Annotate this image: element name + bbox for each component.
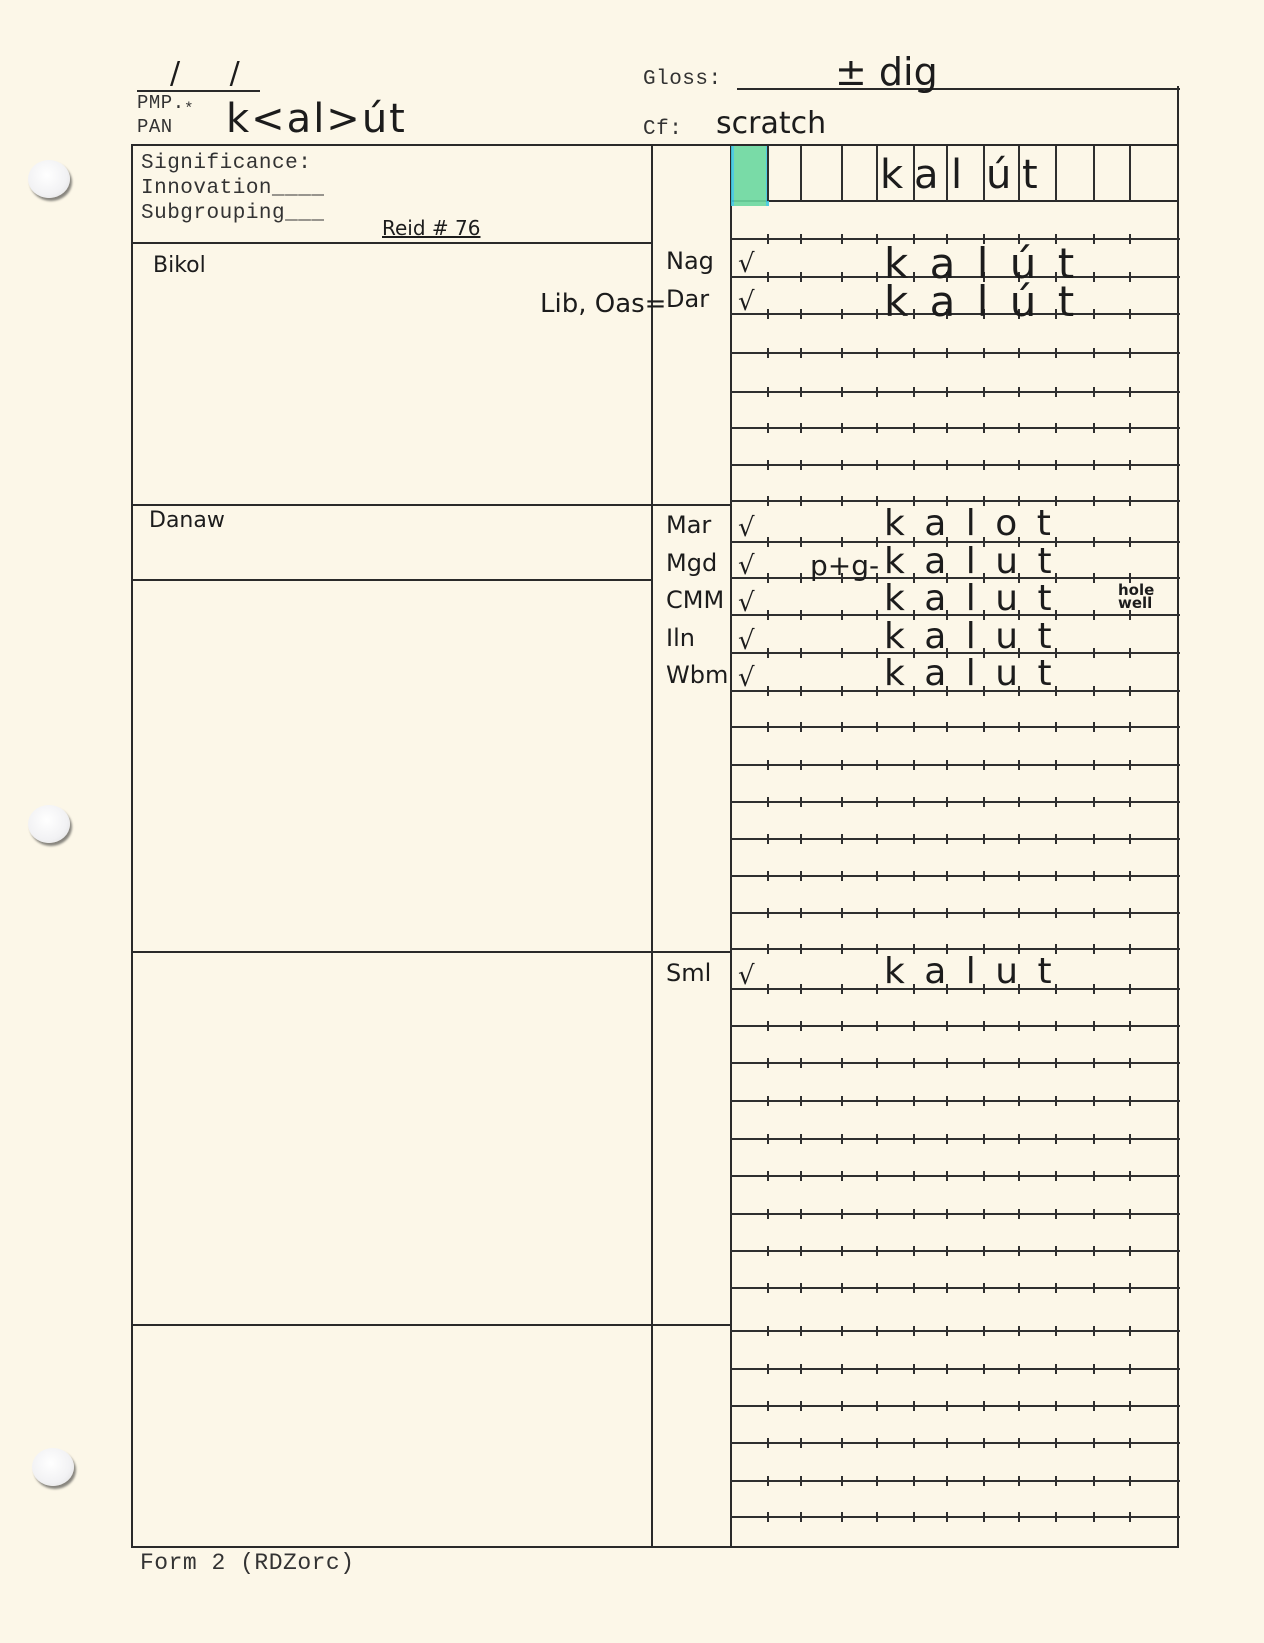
tick-mark [876, 871, 878, 881]
tick-mark [841, 648, 843, 658]
language-label: Wbm [666, 661, 728, 689]
tick-mark [913, 1476, 915, 1486]
tick-mark [946, 1438, 948, 1448]
tick-mark [876, 1246, 878, 1256]
subgrouping-field[interactable]: Subgrouping___ [141, 202, 324, 225]
tick-mark [1055, 1209, 1057, 1219]
tick-mark [983, 834, 985, 844]
tick-mark [876, 537, 878, 547]
language-label: Sml [666, 959, 711, 987]
tick-mark [913, 908, 915, 918]
tick-mark [1129, 944, 1131, 954]
tick-mark [946, 1364, 948, 1374]
tick-mark [876, 1096, 878, 1106]
tick-mark [1018, 1438, 1020, 1448]
tick-mark [1129, 648, 1131, 658]
tick-mark [841, 537, 843, 547]
tick-mark [1018, 1283, 1020, 1293]
tick-mark [800, 834, 802, 844]
reflex-form: k a l u t [884, 578, 1056, 619]
reflex-form: k a l ú t [884, 277, 1078, 326]
tick-mark [800, 1326, 802, 1336]
divider-group-4 [131, 1324, 731, 1326]
tick-mark [841, 1283, 843, 1293]
tick-mark [800, 272, 802, 282]
tick-mark [841, 1246, 843, 1256]
tick-mark [1093, 722, 1095, 732]
check-icon: √ [738, 551, 755, 581]
tick-mark [767, 272, 769, 282]
tick-mark [876, 272, 878, 282]
tick-mark [1018, 1246, 1020, 1256]
tick-mark [767, 1021, 769, 1031]
tick-mark [1129, 1283, 1131, 1293]
tick-mark [1093, 423, 1095, 433]
tick-mark [946, 1058, 948, 1068]
template-cell-divider [1018, 146, 1020, 201]
tick-mark [1055, 1326, 1057, 1336]
tick-mark [1055, 1096, 1057, 1106]
tick-mark [1093, 537, 1095, 547]
tick-mark [767, 834, 769, 844]
tick-mark [983, 1021, 985, 1031]
ruled-line [730, 464, 1180, 466]
tick-mark [913, 387, 915, 397]
tick-mark [767, 984, 769, 994]
tick-mark [841, 760, 843, 770]
language-label: Mgd [666, 549, 717, 577]
template-cell-divider [983, 146, 985, 201]
divider-group-3 [131, 951, 731, 953]
tick-mark [800, 686, 802, 696]
tick-mark [983, 1171, 985, 1181]
tick-mark [1129, 387, 1131, 397]
tick-mark [1129, 1512, 1131, 1522]
tick-mark [841, 496, 843, 506]
tick-mark [876, 1512, 878, 1522]
tick-mark [1129, 234, 1131, 244]
tick-mark [913, 722, 915, 732]
tick-mark [800, 1209, 802, 1219]
tick-mark [1093, 1476, 1095, 1486]
check-icon: √ [738, 249, 755, 279]
tick-mark [1055, 797, 1057, 807]
tick-mark [1093, 1364, 1095, 1374]
tick-mark [913, 834, 915, 844]
tick-mark [983, 1438, 985, 1448]
tick-mark [876, 1326, 878, 1336]
tick-mark [800, 1364, 802, 1374]
tick-mark [1093, 648, 1095, 658]
ruled-line [730, 912, 1180, 914]
ruled-line [730, 1516, 1180, 1518]
tick-mark [800, 348, 802, 358]
tick-mark [983, 1283, 985, 1293]
tick-mark [841, 1058, 843, 1068]
template-cell-divider [1093, 146, 1095, 201]
tick-mark [1055, 1401, 1057, 1411]
tick-mark [876, 348, 878, 358]
tick-mark [913, 1512, 915, 1522]
punch-hole-top [28, 160, 70, 198]
tick-mark [946, 1326, 948, 1336]
tick-mark [767, 1209, 769, 1219]
tick-mark [767, 1364, 769, 1374]
ruled-line [730, 352, 1180, 354]
group-label-danaw: Danaw [149, 508, 225, 533]
tick-mark [767, 908, 769, 918]
tick-mark [800, 387, 802, 397]
tick-mark [1018, 423, 1020, 433]
tick-mark [800, 1058, 802, 1068]
tick-mark [841, 1096, 843, 1106]
tick-mark [1093, 1283, 1095, 1293]
ruled-line [730, 1175, 1180, 1177]
tick-mark [1055, 722, 1057, 732]
tick-mark [876, 1438, 878, 1448]
tick-mark [1129, 1246, 1131, 1256]
tick-mark [876, 309, 878, 319]
frame-left [131, 144, 133, 1547]
tick-mark [767, 1512, 769, 1522]
tick-mark [876, 460, 878, 470]
tick-mark [1093, 1246, 1095, 1256]
tick-mark [841, 1326, 843, 1336]
tick-mark [983, 797, 985, 807]
tick-mark [1018, 460, 1020, 470]
tick-mark [1093, 1058, 1095, 1068]
tick-mark [767, 1171, 769, 1181]
tick-mark [876, 1476, 878, 1486]
ruled-line [730, 1287, 1180, 1289]
tick-mark [1129, 722, 1131, 732]
tick-mark [913, 1171, 915, 1181]
reflex-form: k a l u t [884, 541, 1056, 582]
tick-mark [913, 1438, 915, 1448]
template-cell-divider [1129, 146, 1131, 201]
tick-mark [800, 797, 802, 807]
tick-mark [1129, 1021, 1131, 1031]
tick-mark [1093, 908, 1095, 918]
tick-mark [800, 1476, 802, 1486]
tick-mark [841, 272, 843, 282]
tick-mark [1129, 797, 1131, 807]
tick-mark [983, 348, 985, 358]
tick-mark [1018, 348, 1020, 358]
tick-mark [841, 1476, 843, 1486]
tick-mark [946, 834, 948, 844]
tick-mark [1093, 387, 1095, 397]
tick-mark [767, 387, 769, 397]
tick-mark [946, 387, 948, 397]
tick-mark [1093, 834, 1095, 844]
group-label-bikol: Bikol [153, 253, 206, 278]
tick-mark [946, 1134, 948, 1144]
tick-mark [946, 722, 948, 732]
ruled-line [730, 1442, 1180, 1444]
tick-mark [1093, 944, 1095, 954]
tick-mark [946, 1171, 948, 1181]
tick-mark [1129, 1401, 1131, 1411]
template-cell-divider [841, 146, 843, 201]
tick-mark [767, 573, 769, 583]
ruled-line [730, 726, 1180, 728]
tick-mark [841, 834, 843, 844]
check-icon: √ [738, 663, 755, 693]
tick-mark [876, 1209, 878, 1219]
tick-mark [876, 944, 878, 954]
innovation-field[interactable]: Innovation____ [141, 177, 324, 200]
tick-mark [913, 1283, 915, 1293]
tick-mark [1129, 348, 1131, 358]
gloss-underline [737, 88, 1180, 90]
language-label: Mar [666, 511, 711, 539]
gloss-note: hole well [1118, 584, 1162, 610]
tick-mark [1018, 722, 1020, 732]
tick-mark [876, 610, 878, 620]
tick-mark [876, 908, 878, 918]
tick-mark [1093, 1512, 1095, 1522]
tick-mark [946, 1283, 948, 1293]
tick-mark [800, 1134, 802, 1144]
reference-note: Reid # 76 [382, 216, 480, 240]
tick-mark [1129, 1476, 1131, 1486]
tick-mark [1129, 834, 1131, 844]
tick-mark [913, 797, 915, 807]
tick-mark [800, 1401, 802, 1411]
tick-mark [1129, 460, 1131, 470]
tick-mark [767, 610, 769, 620]
tick-mark [800, 984, 802, 994]
check-icon: √ [738, 287, 755, 317]
tick-mark [1093, 460, 1095, 470]
template-segment: l [951, 152, 962, 198]
punch-hole-middle [28, 805, 70, 843]
frame-bottom [131, 1546, 1179, 1548]
tick-mark [1055, 1283, 1057, 1293]
ruled-line [730, 1062, 1180, 1064]
tick-mark [841, 1171, 843, 1181]
tick-mark [1093, 686, 1095, 696]
tick-mark [983, 871, 985, 881]
tick-mark [876, 423, 878, 433]
tick-mark [1018, 1209, 1020, 1219]
tick-mark [1018, 1021, 1020, 1031]
tick-mark [946, 1401, 948, 1411]
tick-mark [767, 944, 769, 954]
tick-mark [1093, 1209, 1095, 1219]
tick-mark [1129, 760, 1131, 770]
tick-mark [983, 722, 985, 732]
tick-mark [1055, 760, 1057, 770]
tick-mark [800, 722, 802, 732]
tick-mark [946, 423, 948, 433]
tick-mark [876, 387, 878, 397]
tick-mark [876, 1401, 878, 1411]
divider-significance [131, 242, 651, 244]
tick-mark [1055, 871, 1057, 881]
tick-mark [767, 722, 769, 732]
tick-mark [1093, 797, 1095, 807]
tick-mark [1055, 496, 1057, 506]
language-label: Nag [666, 247, 714, 275]
tick-mark [1093, 573, 1095, 583]
tick-mark [1018, 834, 1020, 844]
tick-mark [841, 797, 843, 807]
tick-mark [1055, 834, 1057, 844]
tick-mark [767, 1058, 769, 1068]
tick-mark [946, 1209, 948, 1219]
ruled-line [730, 391, 1180, 393]
tick-mark [1055, 387, 1057, 397]
tick-mark [767, 1096, 769, 1106]
entry-prefix: Lib, Oas= [540, 289, 666, 319]
column-divider-left [651, 144, 653, 1547]
tick-mark [1129, 871, 1131, 881]
tick-mark [800, 1096, 802, 1106]
template-segment: k [880, 152, 903, 198]
tick-mark [800, 537, 802, 547]
tick-mark [1018, 760, 1020, 770]
tick-mark [1093, 760, 1095, 770]
tick-mark [913, 1401, 915, 1411]
tick-mark [1018, 1401, 1020, 1411]
column-divider-right [730, 144, 732, 1547]
tick-mark [983, 460, 985, 470]
tick-mark [841, 686, 843, 696]
tick-mark [767, 686, 769, 696]
tick-mark [1093, 1021, 1095, 1031]
ruled-line [730, 1250, 1180, 1252]
tick-mark [800, 496, 802, 506]
tick-mark [1018, 908, 1020, 918]
tick-mark [1055, 1171, 1057, 1181]
tick-mark [1129, 1096, 1131, 1106]
pmp-label: PMP. [137, 92, 185, 114]
tick-mark [1018, 1134, 1020, 1144]
tick-mark [1055, 423, 1057, 433]
tick-mark [767, 309, 769, 319]
ruled-line [730, 1100, 1180, 1102]
tick-mark [1018, 1326, 1020, 1336]
tick-mark [800, 1171, 802, 1181]
tick-mark [1093, 1096, 1095, 1106]
tick-mark [1055, 348, 1057, 358]
tick-mark [1055, 1246, 1057, 1256]
tick-mark [1129, 1058, 1131, 1068]
tick-mark [1018, 387, 1020, 397]
tick-mark [767, 423, 769, 433]
tick-mark [876, 648, 878, 658]
tick-mark [913, 1246, 915, 1256]
gloss-label: Gloss: [643, 68, 722, 91]
reflex-form: k a l u t [884, 616, 1056, 657]
tick-mark [800, 573, 802, 583]
tick-mark [841, 1438, 843, 1448]
tick-mark [946, 1512, 948, 1522]
tick-mark [913, 1058, 915, 1068]
tick-mark [800, 1246, 802, 1256]
tick-mark [1055, 1021, 1057, 1031]
tick-mark [1093, 984, 1095, 994]
tick-mark [800, 1283, 802, 1293]
tick-mark [946, 760, 948, 770]
tick-mark [913, 1134, 915, 1144]
tick-mark [876, 984, 878, 994]
tick-mark [946, 797, 948, 807]
tick-mark [1055, 1512, 1057, 1522]
tick-mark [800, 234, 802, 244]
tick-mark [767, 871, 769, 881]
frame-right-top [1177, 86, 1179, 1548]
tick-mark [913, 460, 915, 470]
tick-mark [946, 1246, 948, 1256]
cf-value: scratch [716, 106, 826, 141]
tick-mark [800, 610, 802, 620]
ruled-line [730, 500, 1180, 502]
tick-mark [841, 610, 843, 620]
tick-mark [946, 348, 948, 358]
tick-mark [983, 1209, 985, 1219]
language-label: CMM [666, 586, 724, 614]
tick-mark [1018, 1364, 1020, 1374]
tick-mark [913, 1021, 915, 1031]
tick-mark [876, 760, 878, 770]
tick-mark [983, 1476, 985, 1486]
tick-mark [1093, 309, 1095, 319]
tick-mark [767, 496, 769, 506]
tick-mark [767, 1438, 769, 1448]
reflex-form: k a l u t [884, 951, 1056, 992]
tick-mark [1055, 1134, 1057, 1144]
tick-mark [876, 1364, 878, 1374]
tick-mark [1093, 496, 1095, 506]
tick-mark [1129, 1364, 1131, 1374]
ruled-line [730, 1368, 1180, 1370]
divider-danaw [131, 579, 651, 581]
tick-mark [983, 760, 985, 770]
language-label: Iln [666, 624, 695, 652]
tick-mark [1129, 686, 1131, 696]
tick-mark [983, 1401, 985, 1411]
tick-mark [841, 1512, 843, 1522]
tick-mark [841, 908, 843, 918]
tick-mark [946, 1021, 948, 1031]
tick-mark [876, 834, 878, 844]
tick-mark [767, 1246, 769, 1256]
tick-mark [1093, 272, 1095, 282]
tick-mark [841, 722, 843, 732]
tick-mark [841, 348, 843, 358]
tick-mark [946, 871, 948, 881]
tick-mark [876, 1171, 878, 1181]
tick-mark [876, 797, 878, 807]
template-cell-divider [767, 146, 769, 201]
tick-mark [913, 760, 915, 770]
tick-mark [1055, 1438, 1057, 1448]
tick-mark [1093, 1326, 1095, 1336]
tick-mark [913, 348, 915, 358]
check-icon: √ [738, 626, 755, 656]
tick-mark [983, 1364, 985, 1374]
tick-mark [800, 648, 802, 658]
tick-mark [946, 1476, 948, 1486]
template-cell-divider [876, 146, 878, 201]
tick-mark [800, 908, 802, 918]
tick-mark [767, 760, 769, 770]
ruled-line [730, 1213, 1180, 1215]
tick-mark [983, 908, 985, 918]
